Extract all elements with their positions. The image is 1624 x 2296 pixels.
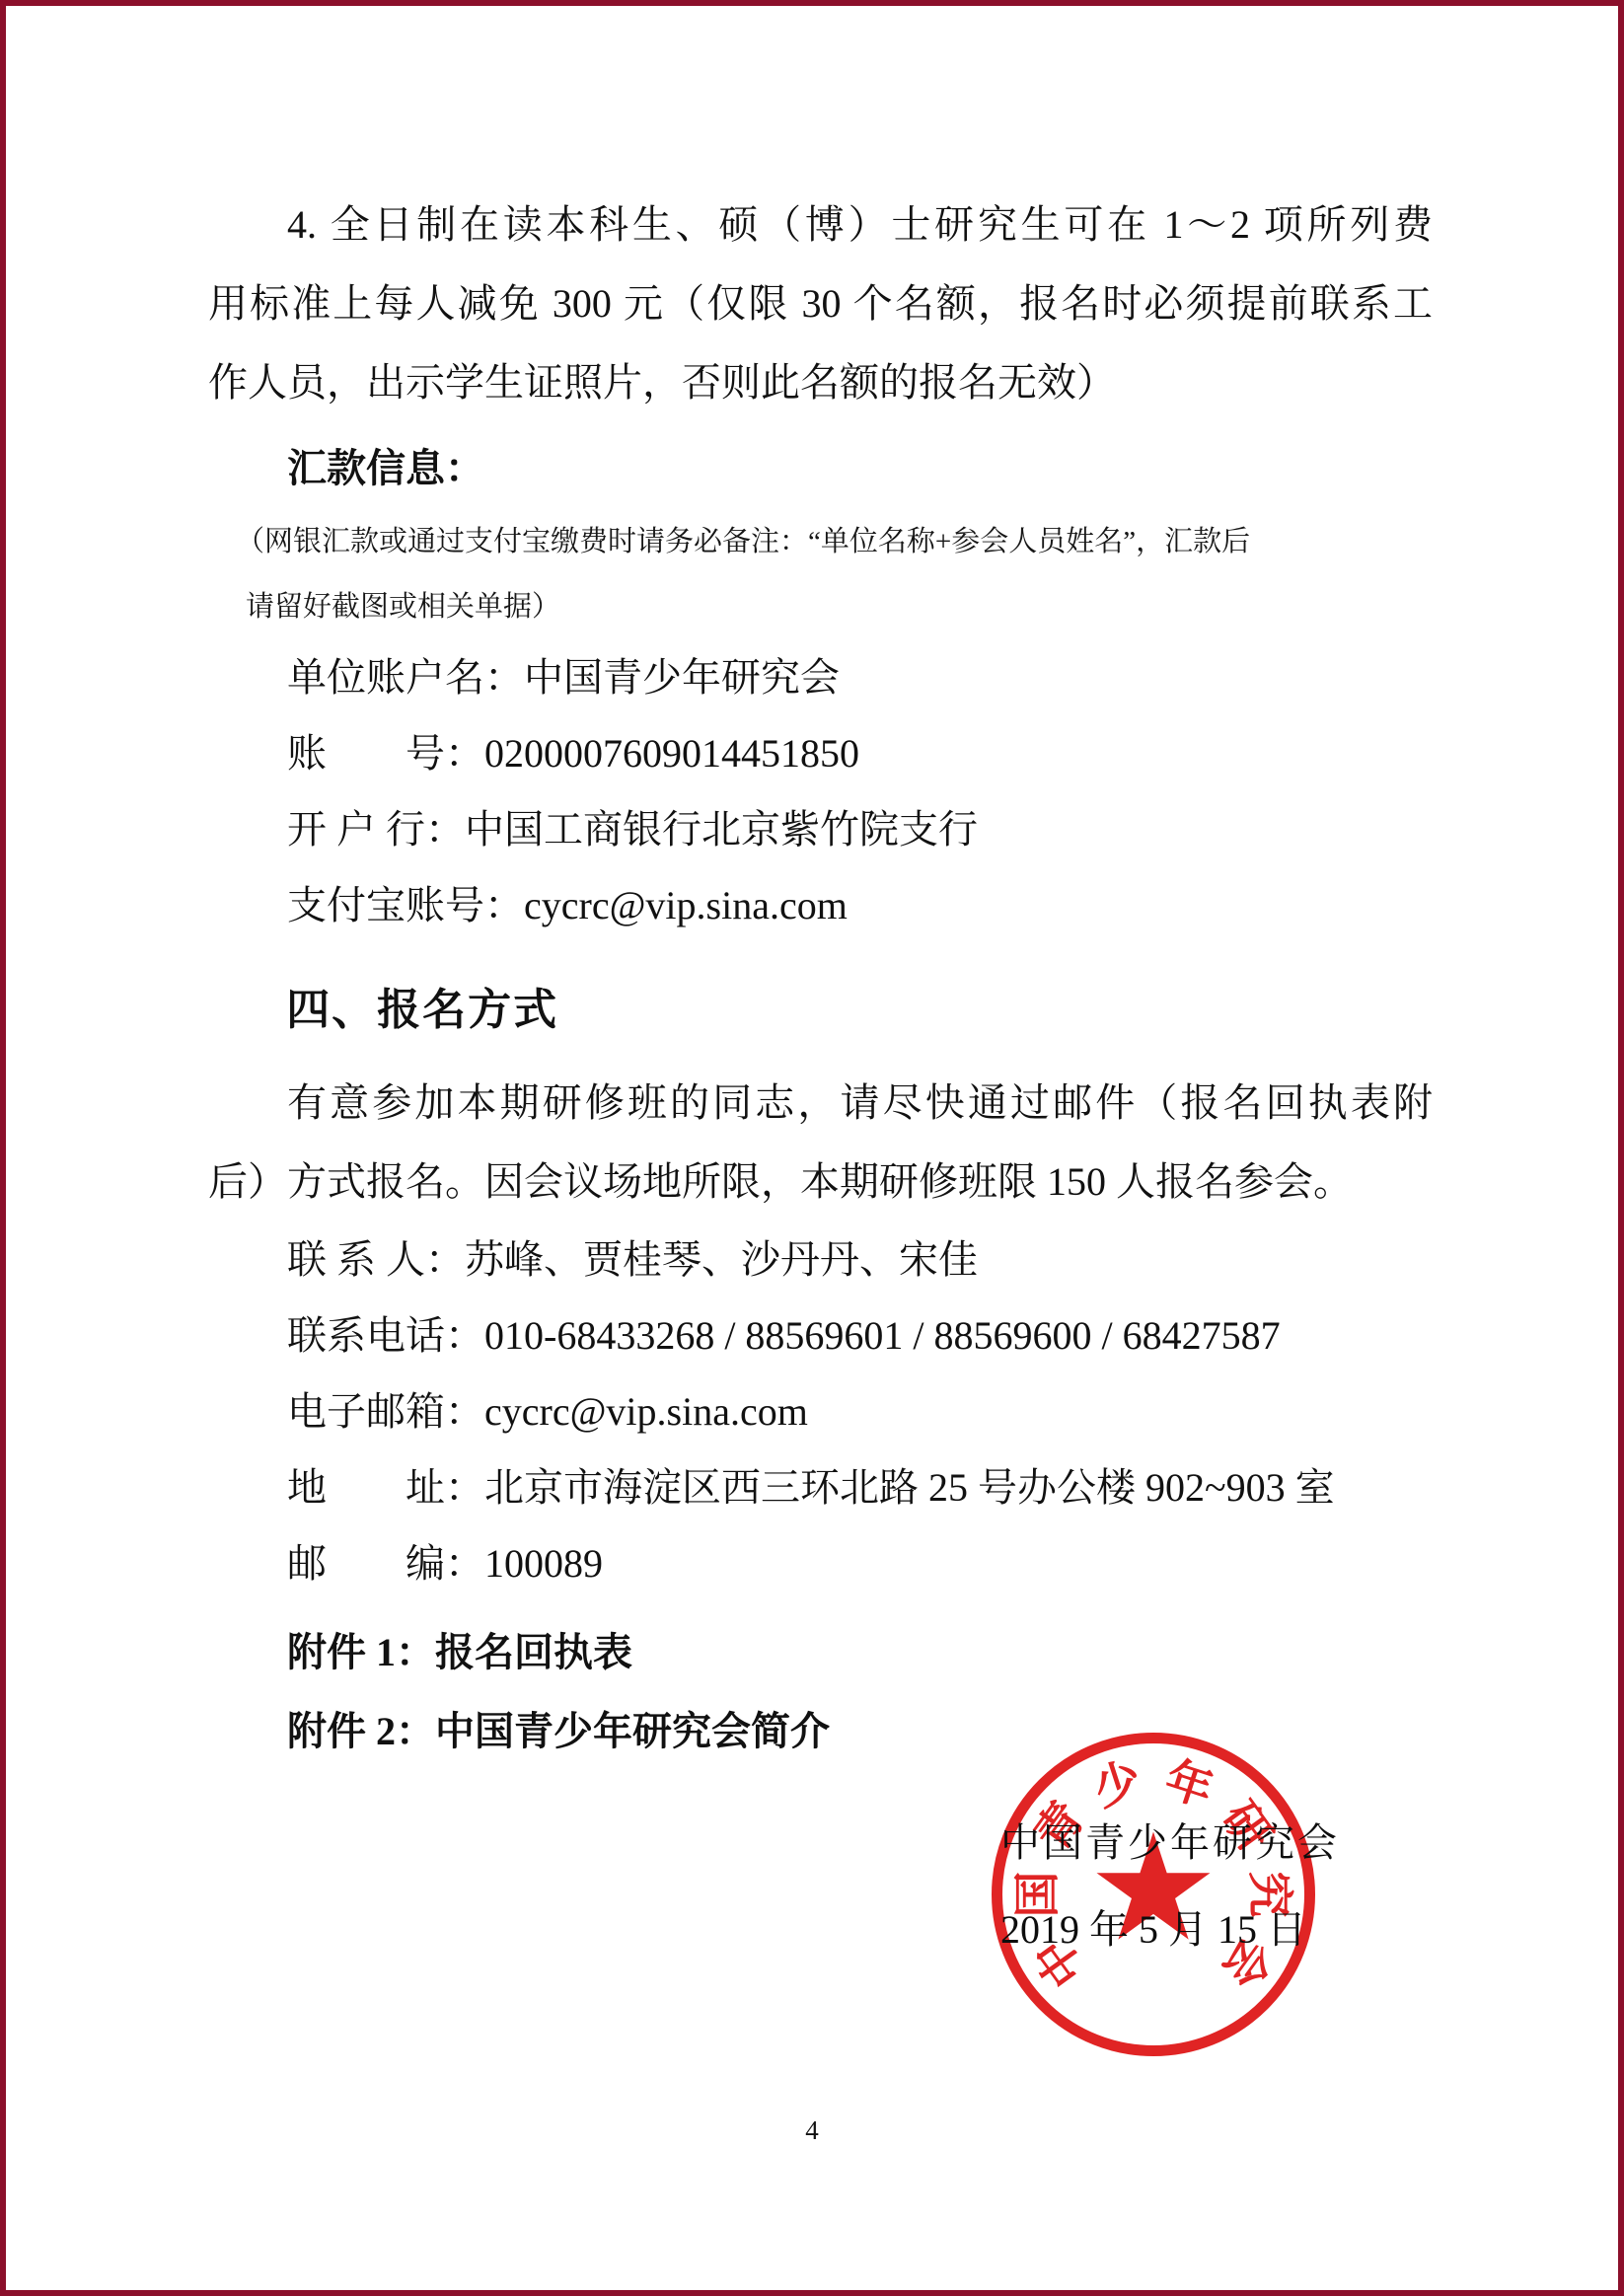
paragraph-line: 有意参加本期研修班的同志，请尽快通过邮件（报名回执表附 xyxy=(208,1064,1433,1143)
paragraph-line: 4. 全日制在读本科生、硕（博）士研究生可在 1～2 项所列费 xyxy=(208,185,1433,264)
note-line: （网银汇款或通过支付宝缴费时请务必备注：“单位名称+参会人员姓名”，汇款后 xyxy=(236,509,1433,574)
document-content: 4. 全日制在读本科生、硕（博）士研究生可在 1～2 项所列费 用标准上每人减免… xyxy=(208,185,1433,1771)
account-name-line: 单位账户名：中国青少年研究会 xyxy=(208,639,1433,715)
registration-paragraph: 有意参加本期研修班的同志，请尽快通过邮件（报名回执表附 后）方式报名。因会议场地… xyxy=(208,1064,1433,1222)
contact-person-line: 联 系 人：苏峰、贾桂琴、沙丹丹、宋佳 xyxy=(208,1222,1433,1297)
contact-info-block: 联 系 人：苏峰、贾桂琴、沙丹丹、宋佳 联系电话：010-68433268 / … xyxy=(208,1222,1433,1601)
document-page: 4. 全日制在读本科生、硕（博）士研究生可在 1～2 项所列费 用标准上每人减免… xyxy=(0,0,1624,2296)
signature-date: 2019 年 5 月 15 日 xyxy=(1000,1906,1306,1954)
note-line: 请留好截图或相关单据） xyxy=(246,574,1433,639)
signature-block: 中国青少年研究会 2019 年 5 月 15 日 xyxy=(1000,1819,1306,1954)
account-number-line: 账 号：0200007609014451850 xyxy=(208,715,1433,791)
paragraph-line: 后）方式报名。因会议场地所限，本期研修班限 150 人报名参会。 xyxy=(208,1143,1433,1222)
contact-address-line: 地 址：北京市海淀区西三环北路 25 号办公楼 902~903 室 xyxy=(208,1449,1433,1525)
signature-organization: 中国青少年研究会 xyxy=(1000,1819,1306,1867)
remittance-info-block: 单位账户名：中国青少年研究会 账 号：0200007609014451850 开… xyxy=(208,639,1433,943)
student-discount-paragraph: 4. 全日制在读本科生、硕（博）士研究生可在 1～2 项所列费 用标准上每人减免… xyxy=(208,185,1433,422)
paragraph-line: 作人员，出示学生证照片，否则此名额的报名无效） xyxy=(208,343,1433,422)
section-heading-registration: 四、报名方式 xyxy=(208,975,1433,1046)
remittance-note: （网银汇款或通过支付宝缴费时请务必备注：“单位名称+参会人员姓名”，汇款后 请留… xyxy=(236,509,1433,639)
page-number: 4 xyxy=(6,2115,1618,2146)
bank-line: 开 户 行：中国工商银行北京紫竹院支行 xyxy=(208,791,1433,867)
contact-phone-line: 联系电话：010-68433268 / 88569601 / 88569600 … xyxy=(208,1297,1433,1373)
contact-postcode-line: 邮 编：100089 xyxy=(208,1525,1433,1601)
remittance-heading: 汇款信息： xyxy=(208,438,1433,499)
contact-email-line: 电子邮箱：cycrc@vip.sina.com xyxy=(208,1373,1433,1449)
alipay-line: 支付宝账号：cycrc@vip.sina.com xyxy=(208,867,1433,943)
attachment-1-line: 附件 1：报名回执表 xyxy=(208,1613,1433,1692)
paragraph-line: 用标准上每人减免 300 元（仅限 30 个名额，报名时必须提前联系工 xyxy=(208,264,1433,343)
